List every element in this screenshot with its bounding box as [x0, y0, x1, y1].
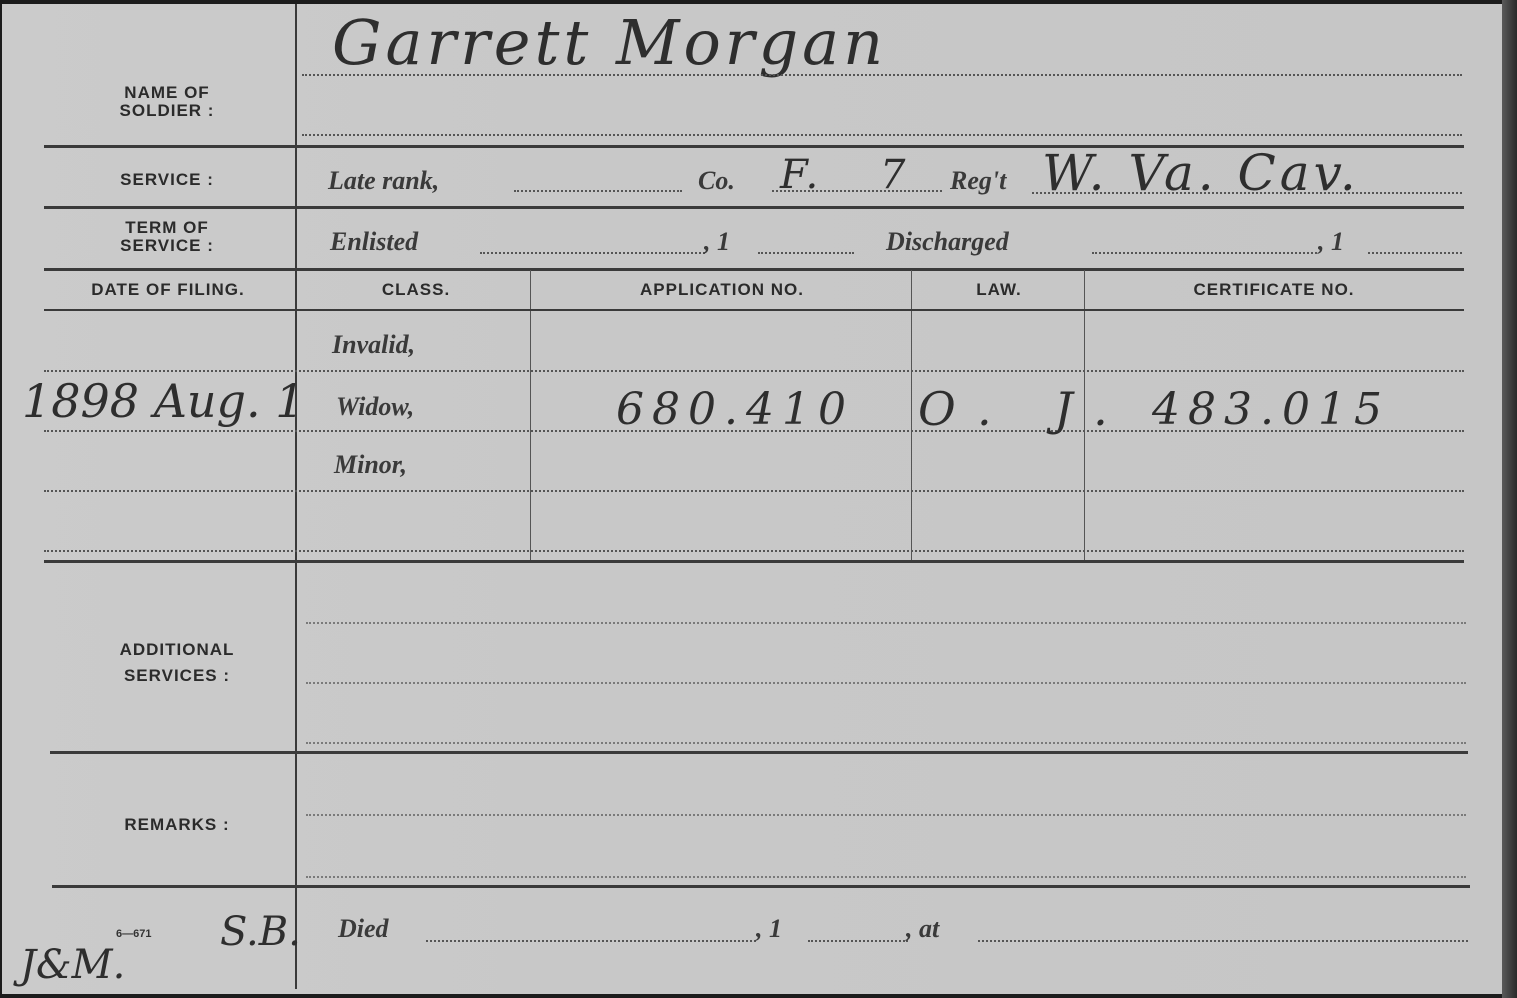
class-header: CLASS. [302, 281, 530, 299]
discharged-year: , 1 [1318, 227, 1344, 257]
discharged-label: Discharged [886, 227, 1009, 257]
header-rule [44, 309, 1464, 311]
company-line [772, 190, 942, 192]
class-option-minor: Minor, [334, 450, 407, 480]
died-year: , 1 [756, 914, 782, 944]
law-header: LAW. [914, 281, 1084, 299]
rule [44, 206, 1464, 209]
enlisted-year-line [758, 252, 854, 254]
additional-line-1 [306, 622, 1466, 624]
soldier-name-value: Garrett Morgan [332, 6, 887, 79]
remarks-line-1 [306, 814, 1466, 816]
rule [44, 268, 1464, 271]
initials-left: J&M. [20, 942, 125, 988]
term-of-service-label: TERM OF SERVICE : [82, 219, 252, 255]
class-column-divider [530, 270, 531, 560]
enlisted-line [480, 252, 705, 254]
date-of-filing-value: 1898 Aug. 1 [22, 374, 305, 428]
additional-services-label: ADDITIONAL SERVICES : [82, 641, 272, 685]
regiment-line [1032, 192, 1462, 194]
application-no-value: 680.410 [616, 384, 854, 435]
died-year-line [808, 940, 908, 942]
enlisted-label: Enlisted [330, 227, 418, 257]
rule [44, 560, 1464, 563]
enlisted-year: , 1 [704, 227, 730, 257]
rule [50, 751, 1468, 754]
label-column-divider [295, 4, 297, 989]
name-of-soldier-label: NAME OF SOLDIER : [82, 84, 252, 120]
table-line-1 [44, 370, 1464, 372]
law-value: O. J. [918, 382, 1132, 436]
remarks-line-2 [306, 876, 1466, 878]
class-option-invalid: Invalid, [332, 330, 415, 360]
form-code: 6—671 [116, 928, 151, 940]
died-at-label: , at [906, 914, 939, 944]
date-of-filing-header: DATE OF FILING. [42, 281, 294, 299]
died-at-line [978, 940, 1468, 942]
certificate-no-value: 483.015 [1152, 384, 1390, 435]
certificate-no-header: CERTIFICATE NO. [1086, 281, 1462, 299]
died-label: Died [338, 914, 389, 944]
remarks-label: REMARKS : [82, 816, 272, 834]
discharged-line [1092, 252, 1317, 254]
class-option-widow: Widow, [336, 392, 414, 422]
table-line-4 [44, 550, 1464, 552]
late-rank-label: Late rank, [328, 166, 439, 196]
initials-right: S.B. [220, 909, 301, 955]
application-column-divider [911, 270, 912, 560]
additional-line-2 [306, 682, 1466, 684]
company-label: Co. [698, 166, 735, 196]
died-line [426, 940, 756, 942]
table-line-3 [44, 490, 1464, 492]
rule [52, 885, 1470, 888]
name-line-2 [302, 134, 1462, 136]
discharged-year-line [1368, 252, 1462, 254]
application-no-header: APPLICATION NO. [532, 281, 912, 299]
late-rank-line [514, 190, 682, 192]
regiment-label: Reg't [950, 166, 1006, 196]
additional-line-3 [306, 742, 1466, 744]
service-label: SERVICE : [82, 171, 252, 189]
pension-index-card: NAME OF SOLDIER : Garrett Morgan SERVICE… [2, 4, 1502, 994]
name-line-1 [302, 74, 1462, 76]
card-edge [1502, 0, 1517, 998]
